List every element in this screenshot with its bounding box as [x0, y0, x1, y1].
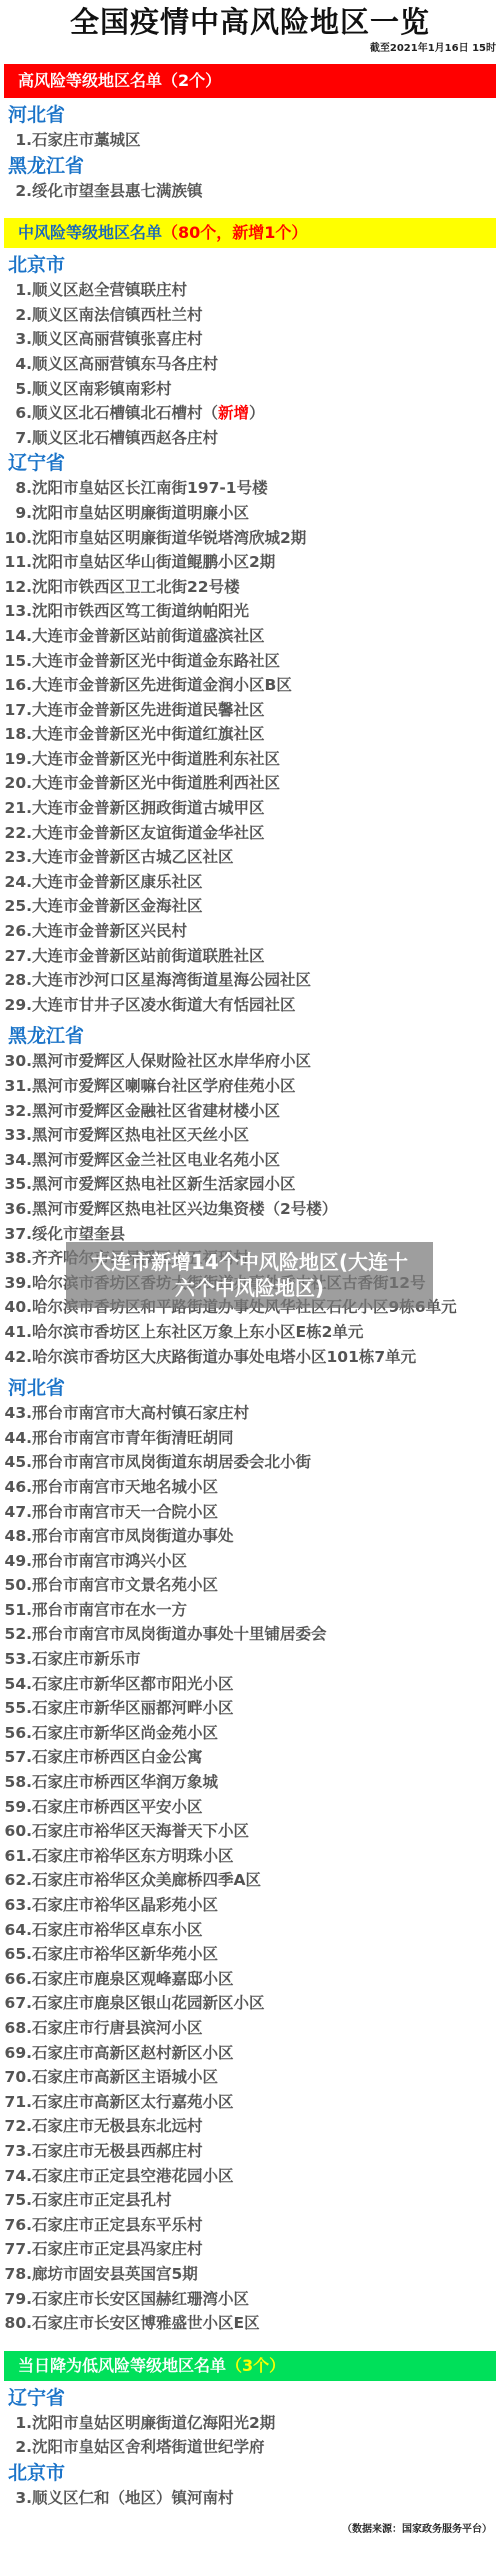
item-number: 21.	[0, 796, 32, 821]
item-text: 大连市金普新区光中街道胜利西社区	[32, 774, 280, 792]
province-heading: 辽宁省	[0, 2385, 500, 2411]
item-number: 28.	[0, 968, 32, 993]
list-item: 54.石家庄市新华区都市阳光小区	[0, 1672, 500, 1697]
item-number: 40.	[0, 1295, 32, 1320]
page-title: 全国疫情中高风险地区一览	[0, 0, 500, 44]
item-number: 72.	[0, 2114, 32, 2139]
item-number: 29.	[0, 993, 32, 1018]
item-number: 43.	[0, 1401, 32, 1426]
low-risk-bar: 当日降为低风险等级地区名单（3个）	[4, 2351, 496, 2381]
item-text: 邢台市南宫市鸿兴小区	[32, 1552, 187, 1570]
item-text: 黑河市爱辉区热电社区新生活家园小区	[32, 1175, 296, 1193]
item-number: 26.	[0, 919, 32, 944]
list-item: 68.石家庄市行唐县滨河小区	[0, 2016, 500, 2041]
item-text: 大连市金普新区拥政街道古城甲区	[32, 799, 265, 817]
item-number: 2.	[0, 303, 32, 328]
list-item: 25.大连市金普新区金海社区	[0, 894, 500, 919]
new-badge: 新增	[218, 404, 249, 422]
item-text: 沈阳市铁西区卫工北街22号楼	[32, 578, 240, 596]
item-number: 17.	[0, 698, 32, 723]
item-text: 大连市金普新区光中街道胜利东社区	[32, 750, 280, 768]
item-text: 石家庄市长安区国赫红珊湾小区	[32, 2290, 249, 2308]
list-item: 2.绥化市望奎县惠七满族镇	[0, 179, 500, 204]
list-item: 30.黑河市爱辉区人保财险社区水岸华府小区	[0, 1049, 500, 1074]
list-item: 78.廊坊市固安县英国宫5期	[0, 2262, 500, 2287]
high-risk-count: （2个）	[162, 71, 221, 90]
item-number: 74.	[0, 2164, 32, 2189]
item-number: 27.	[0, 944, 32, 969]
item-text: 大连市金普新区光中街道金东路社区	[32, 652, 280, 670]
item-number: 1.	[0, 128, 32, 153]
item-text: 顺义区赵全营镇联庄村	[32, 281, 187, 299]
list-item: 9.沈阳市皇姑区明廉街道明廉小区	[0, 501, 500, 526]
item-text: 邢台市南宫市在水一方	[32, 1601, 187, 1619]
list-item: 51.邢台市南宫市在水一方	[0, 1598, 500, 1623]
item-number: 32.	[0, 1099, 32, 1124]
item-number: 62.	[0, 1868, 32, 1893]
low-risk-label: 当日降为低风险等级地区名单	[18, 2356, 226, 2375]
item-number: 3.	[0, 327, 32, 352]
item-number: 76.	[0, 2213, 32, 2238]
item-text: 大连市金普新区光中街道红旗社区	[32, 725, 265, 743]
list-item: 27.大连市金普新区站前街道联胜社区	[0, 944, 500, 969]
item-number: 57.	[0, 1745, 32, 1770]
item-text: 沈阳市皇姑区明廉街道华锐塔湾欣城2期	[32, 529, 306, 547]
province-heading: 北京市	[0, 252, 500, 278]
list-item: 15.大连市金普新区光中街道金东路社区	[0, 649, 500, 674]
item-number: 58.	[0, 1770, 32, 1795]
item-text: 石家庄市长安区博雅盛世小区E区	[32, 2314, 260, 2332]
list-item: 50.邢台市南宫市文景名苑小区	[0, 1573, 500, 1598]
item-text: 顺义区高丽营镇东马各庄村	[32, 355, 218, 373]
mid-risk-bar: 中风险等级地区名单（80个，新增1个）	[4, 218, 496, 248]
high-risk-bar: 高风险等级地区名单（2个）	[4, 64, 496, 98]
item-number: 1.	[0, 2411, 32, 2436]
item-text: 石家庄市正定县冯家庄村	[32, 2240, 203, 2258]
item-number: 48.	[0, 1524, 32, 1549]
province-heading: 河北省	[0, 102, 500, 128]
item-text: 石家庄市正定县孔村	[32, 2191, 172, 2209]
item-text: 沈阳市皇姑区华山街道鲲鹏小区2期	[32, 553, 275, 571]
item-text: 石家庄市裕华区新华苑小区	[32, 1945, 218, 1963]
item-number: 1.	[0, 278, 32, 303]
item-text: 邢台市南宫市文景名苑小区	[32, 1576, 218, 1594]
item-number: 13.	[0, 599, 32, 624]
item-number: 16.	[0, 673, 32, 698]
item-number: 60.	[0, 1819, 32, 1844]
item-number: 15.	[0, 649, 32, 674]
item-text: 哈尔滨市香坊区上东社区万象上东小区E栋2单元	[32, 1323, 363, 1341]
list-item: 13.沈阳市铁西区笃工街道纳帕阳光	[0, 599, 500, 624]
list-item: 29.大连市甘井子区凌水街道大有恬园社区	[0, 993, 500, 1018]
list-item: 31.黑河市爱辉区喇嘛台社区学府佳苑小区	[0, 1074, 500, 1099]
item-text: 黑河市爱辉区金融社区省建材楼小区	[32, 1102, 280, 1120]
item-text: 石家庄市正定县东平乐村	[32, 2216, 203, 2234]
item-number: 50.	[0, 1573, 32, 1598]
list-item: 41.哈尔滨市香坊区上东社区万象上东小区E栋2单元	[0, 1320, 500, 1345]
list-item: 42.哈尔滨市香坊区大庆路街道办事处电塔小区101栋7单元	[0, 1345, 500, 1370]
item-number: 12.	[0, 575, 32, 600]
list-item: 63.石家庄市裕华区晶彩苑小区	[0, 1893, 500, 1918]
list-item: 7.顺义区北石槽镇西赵各庄村	[0, 426, 500, 451]
item-text: 石家庄市新华区都市阳光小区	[32, 1675, 234, 1693]
item-text: 廊坊市固安县英国宫5期	[32, 2265, 198, 2283]
item-number: 25.	[0, 894, 32, 919]
item-text: 沈阳市皇姑区明廉街道亿海阳光2期	[32, 2414, 275, 2432]
item-text: 石家庄市无极县东北远村	[32, 2117, 203, 2135]
list-item: 8.沈阳市皇姑区长江南街197-1号楼	[0, 476, 500, 501]
item-number: 68.	[0, 2016, 32, 2041]
item-text: 沈阳市皇姑区长江南街197-1号楼	[32, 479, 268, 497]
item-text: 顺义区南彩镇南彩村	[32, 380, 172, 398]
list-item: 67.石家庄市鹿泉区银山花园新区小区	[0, 1991, 500, 2016]
item-text: 沈阳市皇姑区舍利塔街道世纪学府	[32, 2438, 265, 2456]
item-number: 45.	[0, 1450, 32, 1475]
item-number: 49.	[0, 1549, 32, 1574]
item-number: 63.	[0, 1893, 32, 1918]
item-number: 47.	[0, 1500, 32, 1525]
item-number: 61.	[0, 1844, 32, 1869]
item-number: 10.	[0, 526, 32, 551]
item-text: 石家庄市桥西区平安小区	[32, 1798, 203, 1816]
list-item: 11.沈阳市皇姑区华山街道鲲鹏小区2期	[0, 550, 500, 575]
item-text: 石家庄市裕华区天海誉天下小区	[32, 1822, 249, 1840]
list-item: 33.黑河市爱辉区热电社区天丝小区	[0, 1123, 500, 1148]
item-number: 71.	[0, 2090, 32, 2115]
list-item: 1.顺义区赵全营镇联庄村	[0, 278, 500, 303]
item-number: 66.	[0, 1967, 32, 1992]
item-number: 37.	[0, 1222, 32, 1247]
list-item: 60.石家庄市裕华区天海誉天下小区	[0, 1819, 500, 1844]
item-number: 44.	[0, 1426, 32, 1451]
item-text: 黑河市爱辉区喇嘛台社区学府佳苑小区	[32, 1077, 296, 1095]
update-time: 截至2021年1月16日 15时	[0, 44, 500, 54]
list-item: 49.邢台市南宫市鸿兴小区	[0, 1549, 500, 1574]
list-item: 46.邢台市南宫市天地名城小区	[0, 1475, 500, 1500]
item-text: 顺义区仁和（地区）镇河南村	[32, 2489, 234, 2507]
mid-risk-label: 中风险等级地区名单	[18, 223, 162, 242]
item-text: 黑河市爱辉区热电社区天丝小区	[32, 1126, 249, 1144]
list-item: 64.石家庄市裕华区卓东小区	[0, 1918, 500, 1943]
list-item: 48.邢台市南宫市凤岗街道办事处	[0, 1524, 500, 1549]
list-item: 45.邢台市南宫市凤岗街道东胡居委会北小街	[0, 1450, 500, 1475]
list-item: 2.沈阳市皇姑区舍利塔街道世纪学府	[0, 2435, 500, 2460]
item-number: 5.	[0, 377, 32, 402]
item-text: 绥化市望奎县惠七满族镇	[32, 182, 203, 200]
list-item: 3.顺义区仁和（地区）镇河南村	[0, 2486, 500, 2511]
list-item: 61.石家庄市裕华区东方明珠小区	[0, 1844, 500, 1869]
province-heading: 辽宁省	[0, 450, 500, 476]
item-number: 69.	[0, 2041, 32, 2066]
item-number: 38.	[0, 1246, 32, 1271]
item-text: 大连市金普新区古城乙区社区	[32, 848, 234, 866]
caption-line-2: 六个中风险地区)	[66, 1275, 433, 1301]
item-text: 邢台市南宫市大高村镇石家庄村	[32, 1404, 249, 1422]
item-text: 沈阳市皇姑区明廉街道明廉小区	[32, 504, 249, 522]
list-item: 57.石家庄市桥西区白金公寓	[0, 1745, 500, 1770]
list-item: 73.石家庄市无极县西郝庄村	[0, 2139, 500, 2164]
item-number: 42.	[0, 1345, 32, 1370]
item-number: 24.	[0, 870, 32, 895]
item-text: 黑河市爱辉区人保财险社区水岸华府小区	[32, 1052, 311, 1070]
data-source: （数据来源：国家政务服务平台）	[0, 2520, 500, 2535]
list-item: 18.大连市金普新区光中街道红旗社区	[0, 722, 500, 747]
item-number: 75.	[0, 2188, 32, 2213]
paren-close: ）	[249, 404, 265, 422]
list-item: 35.黑河市爱辉区热电社区新生活家园小区	[0, 1172, 500, 1197]
list-item: 66.石家庄市鹿泉区观峰嘉邸小区	[0, 1967, 500, 1992]
list-item: 22.大连市金普新区友谊街道金华社区	[0, 821, 500, 846]
list-item: 53.石家庄市新乐市	[0, 1647, 500, 1672]
item-text: 石家庄市裕华区晶彩苑小区	[32, 1896, 218, 1914]
item-text: 大连市金普新区先进街道民馨社区	[32, 701, 265, 719]
item-text: 邢台市南宫市凤岗街道办事处	[32, 1527, 234, 1545]
item-text: 邢台市南宫市青年街清旺胡同	[32, 1429, 234, 1447]
item-text: 顺义区南法信镇西杜兰村	[32, 306, 203, 324]
item-number: 19.	[0, 747, 32, 772]
high-risk-list: 河北省1.石家庄市藁城区黑龙江省2.绥化市望奎县惠七满族镇	[0, 102, 500, 203]
list-item: 10.沈阳市皇姑区明廉街道华锐塔湾欣城2期	[0, 526, 500, 551]
item-number: 56.	[0, 1721, 32, 1746]
list-item: 77.石家庄市正定县冯家庄村	[0, 2237, 500, 2262]
list-item: 47.邢台市南宫市天一合院小区	[0, 1500, 500, 1525]
list-item: 56.石家庄市新华区尚金苑小区	[0, 1721, 500, 1746]
item-text: 大连市金普新区康乐社区	[32, 873, 203, 891]
item-number: 20.	[0, 771, 32, 796]
item-number: 7.	[0, 426, 32, 451]
item-number: 54.	[0, 1672, 32, 1697]
item-text: 沈阳市铁西区笃工街道纳帕阳光	[32, 602, 249, 620]
item-text: 邢台市南宫市凤岗街道办事处十里铺居委会	[32, 1625, 327, 1643]
low-risk-list: 辽宁省1.沈阳市皇姑区明廉街道亿海阳光2期2.沈阳市皇姑区舍利塔街道世纪学府北京…	[0, 2385, 500, 2511]
list-item: 12.沈阳市铁西区卫工北街22号楼	[0, 575, 500, 600]
item-number: 6.	[0, 401, 32, 426]
list-item: 3.顺义区高丽营镇张喜庄村	[0, 327, 500, 352]
high-risk-label: 高风险等级地区名单	[18, 71, 162, 90]
item-number: 14.	[0, 624, 32, 649]
item-text: 顺义区北石槽镇北石槽村	[32, 404, 203, 422]
item-text: 大连市金普新区站前街道联胜社区	[32, 947, 265, 965]
item-number: 64.	[0, 1918, 32, 1943]
item-number: 23.	[0, 845, 32, 870]
list-item: 16.大连市金普新区先进街道金润小区B区	[0, 673, 500, 698]
item-number: 11.	[0, 550, 32, 575]
item-number: 3.	[0, 2486, 32, 2511]
item-text: 石家庄市桥西区华润万象城	[32, 1773, 218, 1791]
item-text: 大连市沙河口区星海湾街道星海公园社区	[32, 971, 311, 989]
item-text: 石家庄市新乐市	[32, 1650, 141, 1668]
list-item: 6.顺义区北石槽镇北石槽村（新增）	[0, 401, 500, 426]
low-risk-count: （3个）	[226, 2356, 285, 2375]
item-text: 邢台市南宫市凤岗街道东胡居委会北小街	[32, 1453, 311, 1471]
list-item: 34.黑河市爱辉区金兰社区电业名苑小区	[0, 1148, 500, 1173]
list-item: 26.大连市金普新区兴民村	[0, 919, 500, 944]
caption-overlay: 大连市新增14个中风险地区(大连十 六个中风险地区)	[66, 1242, 433, 1308]
list-item: 71.石家庄市高新区太行嘉苑小区	[0, 2090, 500, 2115]
item-text: 石家庄市鹿泉区银山花园新区小区	[32, 1994, 265, 2012]
item-text: 石家庄市高新区赵村新区小区	[32, 2044, 234, 2062]
item-number: 22.	[0, 821, 32, 846]
list-item: 19.大连市金普新区光中街道胜利东社区	[0, 747, 500, 772]
list-item: 36.黑河市爱辉区热电社区兴边集资楼（2号楼）	[0, 1197, 500, 1222]
province-heading: 黑龙江省	[0, 153, 500, 179]
item-number: 41.	[0, 1320, 32, 1345]
item-number: 30.	[0, 1049, 32, 1074]
item-text: 大连市金普新区友谊街道金华社区	[32, 824, 265, 842]
item-text: 石家庄市正定县空港花园小区	[32, 2167, 234, 2185]
item-text: 石家庄市桥西区白金公寓	[32, 1748, 203, 1766]
item-text: 石家庄市新华区丽都河畔小区	[32, 1699, 234, 1717]
caption-line-1: 大连市新增14个中风险地区(大连十	[66, 1249, 433, 1275]
list-item: 17.大连市金普新区先进街道民馨社区	[0, 698, 500, 723]
list-item: 80.石家庄市长安区博雅盛世小区E区	[0, 2311, 500, 2336]
list-item: 1.石家庄市藁城区	[0, 128, 500, 153]
list-item: 70.石家庄市高新区主语城小区	[0, 2065, 500, 2090]
item-number: 73.	[0, 2139, 32, 2164]
item-number: 80.	[0, 2311, 32, 2336]
item-text: 石家庄市裕华区卓东小区	[32, 1921, 203, 1939]
item-text: 哈尔滨市香坊区大庆路街道办事处电塔小区101栋7单元	[32, 1348, 416, 1366]
item-number: 18.	[0, 722, 32, 747]
list-item: 75.石家庄市正定县孔村	[0, 2188, 500, 2213]
list-item: 59.石家庄市桥西区平安小区	[0, 1795, 500, 1820]
item-text: 邢台市南宫市天一合院小区	[32, 1503, 218, 1521]
list-item: 14.大连市金普新区站前街道盛滨社区	[0, 624, 500, 649]
item-text: 石家庄市新华区尚金苑小区	[32, 1724, 218, 1742]
item-number: 79.	[0, 2287, 32, 2312]
list-item: 72.石家庄市无极县东北远村	[0, 2114, 500, 2139]
list-item: 44.邢台市南宫市青年街清旺胡同	[0, 1426, 500, 1451]
item-text: 顺义区北石槽镇西赵各庄村	[32, 429, 218, 447]
item-number: 31.	[0, 1074, 32, 1099]
item-text: 石家庄市高新区太行嘉苑小区	[32, 2093, 234, 2111]
item-number: 70.	[0, 2065, 32, 2090]
list-item: 69.石家庄市高新区赵村新区小区	[0, 2041, 500, 2066]
list-item: 74.石家庄市正定县空港花园小区	[0, 2164, 500, 2189]
list-item: 4.顺义区高丽营镇东马各庄村	[0, 352, 500, 377]
item-text: 石家庄市裕华区众美廊桥四季A区	[32, 1871, 261, 1889]
item-text: 石家庄市鹿泉区观峰嘉邸小区	[32, 1970, 234, 1988]
item-text: 顺义区高丽营镇张喜庄村	[32, 330, 203, 348]
item-number: 9.	[0, 501, 32, 526]
item-text: 大连市金普新区站前街道盛滨社区	[32, 627, 265, 645]
province-heading: 北京市	[0, 2460, 500, 2486]
list-item: 20.大连市金普新区光中街道胜利西社区	[0, 771, 500, 796]
item-number: 4.	[0, 352, 32, 377]
item-number: 52.	[0, 1622, 32, 1647]
item-number: 78.	[0, 2262, 32, 2287]
item-number: 33.	[0, 1123, 32, 1148]
list-item: 55.石家庄市新华区丽都河畔小区	[0, 1696, 500, 1721]
item-number: 46.	[0, 1475, 32, 1500]
item-text: 大连市金普新区金海社区	[32, 897, 203, 915]
item-number: 8.	[0, 476, 32, 501]
item-text: 石家庄市裕华区东方明珠小区	[32, 1847, 234, 1865]
item-number: 34.	[0, 1148, 32, 1173]
item-number: 35.	[0, 1172, 32, 1197]
item-text: 黑河市爱辉区热电社区兴边集资楼（2号楼）	[32, 1200, 337, 1218]
item-number: 55.	[0, 1696, 32, 1721]
item-text: 石家庄市藁城区	[32, 131, 141, 149]
list-item: 21.大连市金普新区拥政街道古城甲区	[0, 796, 500, 821]
list-item: 23.大连市金普新区古城乙区社区	[0, 845, 500, 870]
list-item: 2.顺义区南法信镇西杜兰村	[0, 303, 500, 328]
list-item: 32.黑河市爱辉区金融社区省建材楼小区	[0, 1099, 500, 1124]
list-item: 43.邢台市南宫市大高村镇石家庄村	[0, 1401, 500, 1426]
list-item: 58.石家庄市桥西区华润万象城	[0, 1770, 500, 1795]
item-number: 53.	[0, 1647, 32, 1672]
list-item: 24.大连市金普新区康乐社区	[0, 870, 500, 895]
item-text: 大连市金普新区兴民村	[32, 922, 187, 940]
item-text: 大连市甘井子区凌水街道大有恬园社区	[32, 996, 296, 1014]
province-heading: 黑龙江省	[0, 1023, 500, 1049]
item-number: 59.	[0, 1795, 32, 1820]
item-number: 65.	[0, 1942, 32, 1967]
item-number: 2.	[0, 2435, 32, 2460]
list-item: 5.顺义区南彩镇南彩村	[0, 377, 500, 402]
item-text: 石家庄市无极县西郝庄村	[32, 2142, 203, 2160]
list-item: 62.石家庄市裕华区众美廊桥四季A区	[0, 1868, 500, 1893]
item-number: 67.	[0, 1991, 32, 2016]
list-item: 76.石家庄市正定县东平乐村	[0, 2213, 500, 2238]
item-text: 邢台市南宫市天地名城小区	[32, 1478, 218, 1496]
item-number: 2.	[0, 179, 32, 204]
list-item: 65.石家庄市裕华区新华苑小区	[0, 1942, 500, 1967]
item-number: 36.	[0, 1197, 32, 1222]
list-item: 79.石家庄市长安区国赫红珊湾小区	[0, 2287, 500, 2312]
list-item: 1.沈阳市皇姑区明廉街道亿海阳光2期	[0, 2411, 500, 2436]
item-number: 39.	[0, 1271, 32, 1296]
list-item: 28.大连市沙河口区星海湾街道星海公园社区	[0, 968, 500, 993]
paren-open: （	[203, 404, 219, 422]
list-item: 52.邢台市南宫市凤岗街道办事处十里铺居委会	[0, 1622, 500, 1647]
mid-risk-count: （80个，新增1个）	[162, 223, 307, 242]
item-text: 黑河市爱辉区金兰社区电业名苑小区	[32, 1151, 280, 1169]
item-text: 石家庄市行唐县滨河小区	[32, 2019, 203, 2037]
province-heading: 河北省	[0, 1375, 500, 1401]
item-text: 石家庄市高新区主语城小区	[32, 2068, 218, 2086]
item-number: 77.	[0, 2237, 32, 2262]
item-number: 51.	[0, 1598, 32, 1623]
item-text: 大连市金普新区先进街道金润小区B区	[32, 676, 292, 694]
item-text: 绥化市望奎县	[32, 1225, 125, 1243]
